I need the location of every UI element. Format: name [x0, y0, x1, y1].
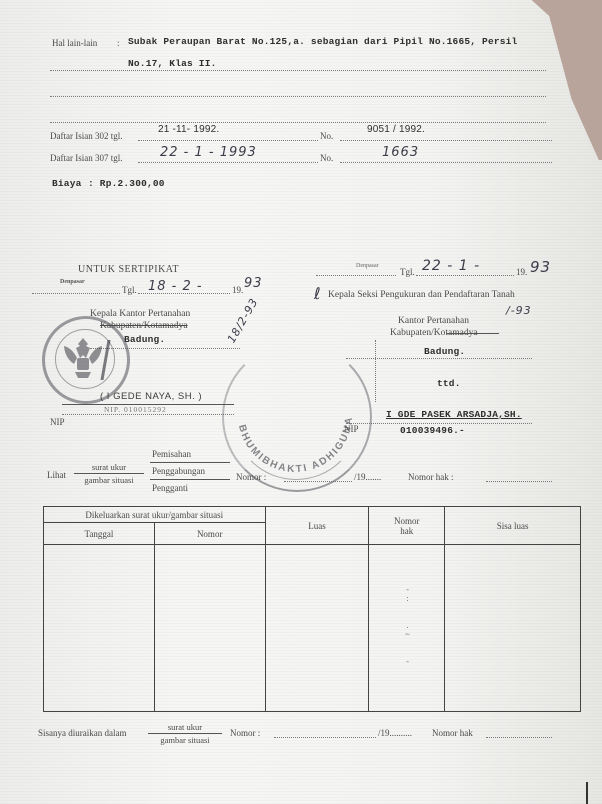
left-official-name: ( I GEDE NAYA, SH. ): [100, 391, 202, 402]
folded-corner: [522, 0, 602, 160]
frac-bottom: gambar situasi: [148, 734, 222, 745]
lihat-label: Lihat: [47, 470, 66, 480]
daftar-isian-302-label: Daftar Isian 302 tgl.: [50, 131, 122, 141]
right-official-name: I GDE PASEK ARSADJA,SH.: [386, 409, 522, 420]
left-date-hand: 18 - 2 -: [148, 279, 203, 294]
dotted-line: [416, 275, 514, 276]
right-initial-mark: ℓ: [314, 284, 322, 303]
cell-nomor: [154, 545, 265, 712]
underline: [150, 462, 230, 463]
sisanya-nomor-label: Nomor :: [230, 728, 260, 738]
left-year-hand: 93: [244, 276, 263, 291]
column-header-nomor: Nomor: [154, 523, 265, 545]
lihat-option-pengganti: Pengganti: [152, 483, 188, 493]
dotted-line: [138, 140, 318, 141]
column-header-luas: Luas: [265, 507, 369, 545]
daftar-isian-302-number: 9051 / 1992.: [367, 124, 425, 135]
daftar-isian-307-number: 1663: [382, 145, 419, 160]
column-header-tanggal: Tanggal: [44, 523, 155, 545]
cell-sisa-luas: [445, 545, 581, 712]
right-office-line4: Badung.: [424, 346, 465, 357]
left-tgl-label: Tgl.: [122, 285, 137, 295]
no-label: No.: [320, 131, 333, 141]
sisanya-label: Sisanya diuraikan dalam: [38, 728, 126, 738]
daftar-isian-307-date: 22 - 1 - 1993: [160, 145, 257, 160]
hal-lain-lain-label: Hal lain-lain: [52, 38, 97, 48]
biaya-label: Biaya: [52, 178, 82, 189]
no-label: No.: [320, 153, 333, 163]
dotted-line: [50, 96, 546, 97]
dotted-line: [346, 358, 532, 359]
frac-top: surat ukur: [148, 722, 222, 734]
cell-nomor-hak: -:.~-: [369, 545, 445, 712]
right-place: Denpasar: [356, 263, 379, 269]
dotted-line: [50, 70, 546, 71]
right-tgl-label: Tgl.: [400, 267, 415, 277]
dotted-line: [340, 140, 552, 141]
left-year-prefix: 19.: [232, 285, 243, 295]
frac-top: surat ukur: [74, 462, 144, 474]
underline: [150, 479, 230, 480]
page-edge-mark: [586, 782, 588, 804]
table-row: -:.~-: [44, 545, 581, 712]
lihat-fraction: surat ukur gambar situasi: [74, 462, 144, 485]
right-year-hand: 93: [530, 258, 551, 276]
dotted-line: [340, 162, 552, 163]
right-office-line2: Kantor Pertanahan: [398, 316, 469, 326]
left-nip-label: NIP: [50, 417, 65, 427]
cell-luas: [265, 545, 369, 712]
lihat-option-penggabungan: Penggabungan: [152, 466, 205, 476]
left-place: Denpasar: [60, 279, 85, 285]
document-page: Hal lain-lain : Subak Peraupan Barat No.…: [0, 0, 602, 804]
left-paraf: 18/2-93: [225, 296, 261, 346]
column-header-sisa-luas: Sisa luas: [445, 507, 581, 545]
untuk-sertipikat-heading: UNTUK SERTIPIKAT: [78, 264, 179, 275]
daftar-isian-307-label: Daftar Isian 307 tgl.: [50, 153, 122, 163]
right-paraf: /-93: [506, 304, 532, 317]
right-office-line1: Kepala Seksi Pengukuran dan Pendaftaran …: [328, 290, 515, 300]
right-year-prefix: 19.: [516, 267, 527, 277]
signature-stroke: [100, 340, 142, 380]
frac-bottom: gambar situasi: [74, 474, 144, 485]
lihat-option-pemisahan: Pemisahan: [152, 449, 191, 459]
hal-lain-lain-line1: Subak Peraupan Barat No.125,a. sebagian …: [128, 36, 517, 47]
lihat-nomor-label: Nomor :: [236, 472, 266, 482]
dotted-line: [346, 423, 532, 424]
colon: :: [117, 38, 120, 48]
vertical-dotted-mark: [375, 340, 376, 402]
dotted-line: [138, 162, 318, 163]
lihat-year-label: /19.......: [354, 472, 381, 482]
sisanya-fraction: surat ukur gambar situasi: [148, 722, 222, 745]
dotted-line: [284, 481, 352, 482]
dotted-line: [486, 737, 552, 738]
dotted-line: [274, 737, 376, 738]
cell-tanggal: [44, 545, 155, 712]
dotted-line: [316, 275, 396, 276]
biaya-value: : Rp.2.300,00: [88, 178, 165, 189]
strike-kotamadya: [447, 333, 499, 334]
dotted-line: [32, 293, 120, 294]
bhumibhakti-stamp-text: BHUMIBHAKTI ADHIGUNA: [222, 342, 368, 488]
table-group-header: Dikeluarkan surat ukur/gambar situasi: [44, 507, 266, 523]
right-ttd: ttd.: [437, 378, 461, 389]
daftar-isian-302-date: 21 -11- 1992.: [158, 124, 219, 135]
dotted-line: [50, 122, 546, 123]
sisanya-year-label: /19..........: [378, 728, 412, 738]
right-nip-value: 010039496.-: [400, 425, 465, 436]
left-nip-value: NIP. 010015292: [104, 405, 167, 414]
sisanya-nomor-hak-label: Nomor hak: [432, 728, 473, 738]
dotted-line: [486, 481, 552, 482]
hal-lain-lain-line2: No.17, Klas II.: [128, 58, 217, 69]
svg-text:BHUMIBHAKTI ADHIGUNA: BHUMIBHAKTI ADHIGUNA: [236, 415, 355, 475]
dotted-line: [62, 414, 234, 415]
column-header-nomor-hak: Nomor hak: [369, 507, 445, 545]
right-date-hand: 22 - 1 -: [422, 258, 480, 274]
surat-ukur-table: Dikeluarkan surat ukur/gambar situasi Lu…: [43, 506, 581, 712]
lihat-nomor-hak-label: Nomor hak :: [408, 472, 454, 482]
